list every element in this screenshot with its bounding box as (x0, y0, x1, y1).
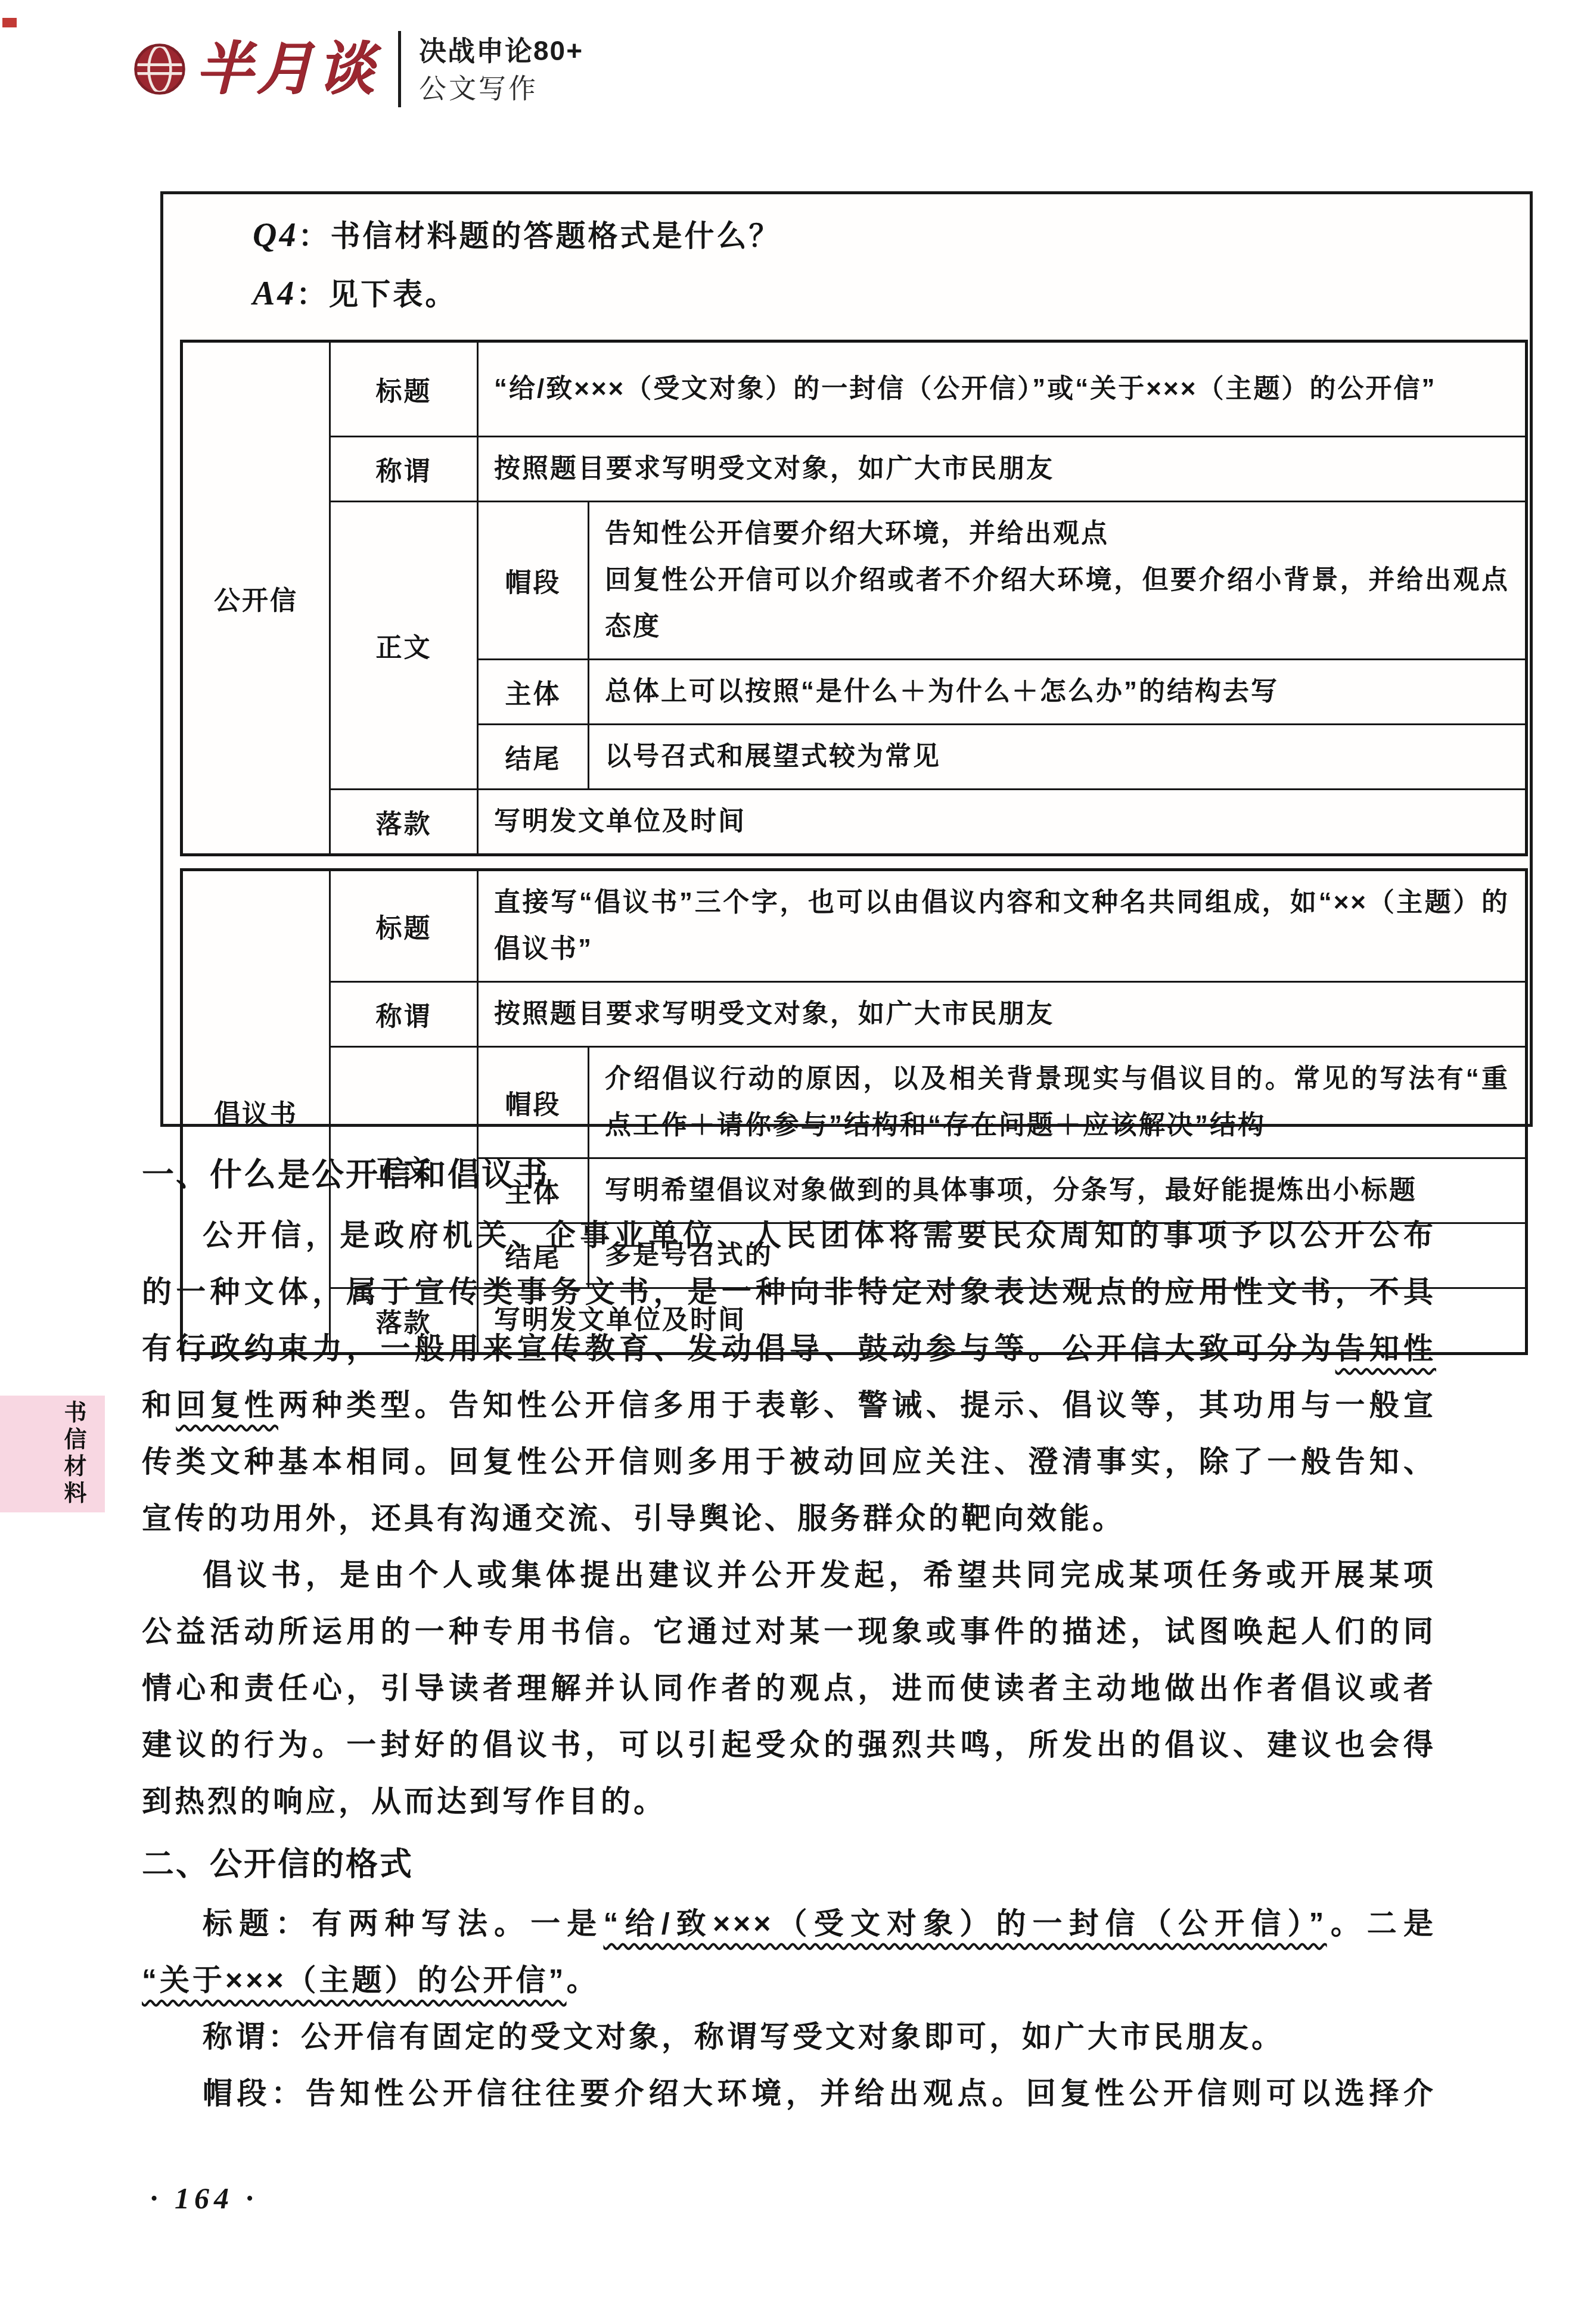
row-label-salutation: 称谓 (330, 982, 478, 1047)
answer-line: A4：见下表。 (253, 271, 1530, 313)
cell-end-text: 以号召式和展望式较为常见 (589, 725, 1527, 790)
emphasis-wavy: 回复性 (176, 1388, 278, 1422)
row-label-cap: 帽段 (478, 502, 589, 660)
emphasis-wavy: “给/致×××（受文对象）的一封信（公开信）” (603, 1907, 1327, 1940)
table-category-cell: 公开信 (182, 341, 330, 855)
sidebar-tab-label: 书信材料 (57, 1400, 89, 1508)
emphasis-wavy: 告知性 (1335, 1332, 1436, 1365)
brand-divider (398, 31, 401, 107)
body-text-run: 和 (142, 1388, 176, 1422)
body-line: 和回复性两种类型。告知性公开信多用于表彰、警诫、提示、倡议等，其功用与一般宣 (142, 1377, 1436, 1434)
sidebar-tab: 书信材料 (0, 1396, 105, 1512)
cap-line-1: 告知性公开信要介绍大环境，并给出观点 (605, 511, 1509, 557)
body-text-run: 。二是 (1327, 1907, 1436, 1940)
book-title: 公文写作 (419, 70, 583, 107)
section-two-heading: 二、公开信的格式 (142, 1838, 1436, 1891)
body-line: 宣传的功用外，还具有沟通交流、引导舆论、服务群众的靶向效能。 (142, 1490, 1436, 1547)
cell-title-text: 直接写“倡议书”三个字，也可以由倡议内容和文种名共同组成，如“××（主题）的倡议… (478, 870, 1527, 982)
page-number: · 164 · (150, 2181, 258, 2216)
body-line: “关于×××（主题）的公开信”。 (142, 1952, 1436, 2009)
body-line: 公益活动所运用的一种专用书信。它通过对某一现象或事件的描述，试图唤起人们的同 (142, 1604, 1436, 1660)
question-text: ：书信材料题的答题格式是什么？ (298, 212, 781, 255)
body-text-run: 。 (567, 1963, 599, 1997)
cell-main-text: 总体上可以按照“是什么＋为什么＋怎么办”的结构去写 (589, 660, 1527, 725)
format-table-open-letter: 公开信 标题 “给/致×××（受文对象）的一封信（公开信）”或“关于×××（主题… (180, 340, 1528, 856)
corner-red-mark (2, 18, 17, 27)
body-text-run: 标题：有两种写法。一是 (203, 1907, 603, 1940)
body-text-run: 有行政约束力，一般用来宣传教育、发动倡导、鼓动参与等。公开信大致可分为 (142, 1332, 1335, 1365)
cell-sign-text: 写明发文单位及时间 (478, 790, 1527, 855)
body-line: 传类文种基本相同。回复性公开信则多用于被动回应关注、澄清事实，除了一般告知、 (142, 1434, 1436, 1490)
row-label-end: 结尾 (478, 725, 589, 790)
cell-cap-text: 介绍倡议行动的原因，以及相关背景现实与倡议目的。常见的写法有“重点工作＋请你参与… (589, 1047, 1527, 1158)
question-label: Q4 (253, 216, 298, 254)
answer-text: ：见下表。 (296, 271, 457, 313)
question-line: Q4：书信材料题的答题格式是什么？ (253, 212, 1530, 255)
body-line: 帽段：告知性公开信往往要介绍大环境，并给出观点。回复性公开信则可以选择介 (142, 2065, 1436, 2122)
body-text-run: 两种类型。告知性公开信多用于表彰、警诫、提示、倡议等，其功用与一般宣 (278, 1388, 1436, 1422)
brand-logo-text: 半月谈 (195, 41, 378, 98)
row-label-sign: 落款 (330, 790, 478, 855)
body-line: 有行政约束力，一般用来宣传教育、发动倡导、鼓动参与等。公开信大致可分为告知性 (142, 1321, 1436, 1377)
series-title: 决战申论80+ (419, 32, 583, 70)
cell-title-text: “给/致×××（受文对象）的一封信（公开信）”或“关于×××（主题）的公开信” (478, 341, 1527, 437)
header-brand: 半月谈 决战申论80+ 公文写作 (132, 31, 583, 107)
body-line: 情心和责任心，引导读者理解并认同作者的观点，进而使读者主动地做出作者倡议或者 (142, 1660, 1436, 1717)
answer-label: A4 (253, 275, 296, 313)
body-line: 建议的行为。一封好的倡议书，可以引起受众的强烈共鸣，所发出的倡议、建议也会得 (142, 1717, 1436, 1773)
row-label-cap: 帽段 (478, 1047, 589, 1158)
cell-salutation-text: 按照题目要求写明受文对象，如广大市民朋友 (478, 982, 1527, 1047)
body-line: 倡议书，是由个人或集体提出建议并公开发起，希望共同完成某项任务或开展某项 (142, 1547, 1436, 1604)
body-line: 称谓：公开信有固定的受文对象，称谓写受文对象即可，如广大市民朋友。 (142, 2009, 1436, 2065)
banyuetan-globe-icon (132, 42, 187, 97)
body-line: 标题：有两种写法。一是“给/致×××（受文对象）的一封信（公开信）”。二是 (142, 1896, 1436, 1952)
cell-salutation-text: 按照题目要求写明受文对象，如广大市民朋友 (478, 437, 1527, 502)
emphasis-wavy: “关于×××（主题）的公开信” (142, 1963, 567, 1997)
body-text: 一、什么是公开信和倡议书 公开信，是政府机关、企事业单位、人民团体将需要民众周知… (142, 1149, 1436, 2122)
cap-line-2: 回复性公开信可以介绍或者不介绍大环境，但要介绍小背景，并给出观点态度 (605, 557, 1509, 650)
row-label-salutation: 称谓 (330, 437, 478, 502)
body-line: 的一种文体，属于宣传类事务文书，是一种向非特定对象表达观点的应用性文书，不具 (142, 1264, 1436, 1321)
section-one-heading: 一、什么是公开信和倡议书 (142, 1149, 1436, 1201)
row-label-main: 主体 (478, 660, 589, 725)
body-line: 到热烈的响应，从而达到写作目的。 (142, 1773, 1436, 1830)
row-label-title: 标题 (330, 870, 478, 982)
cell-cap-text: 告知性公开信要介绍大环境，并给出观点 回复性公开信可以介绍或者不介绍大环境，但要… (589, 502, 1527, 660)
row-label-title: 标题 (330, 341, 478, 437)
row-label-body: 正文 (330, 502, 478, 790)
qa-box: Q4：书信材料题的答题格式是什么？ A4：见下表。 公开信 标题 “给/致×××… (160, 191, 1533, 1127)
body-line: 公开信，是政府机关、企事业单位、人民团体将需要民众周知的事项予以公开公布 (142, 1207, 1436, 1264)
